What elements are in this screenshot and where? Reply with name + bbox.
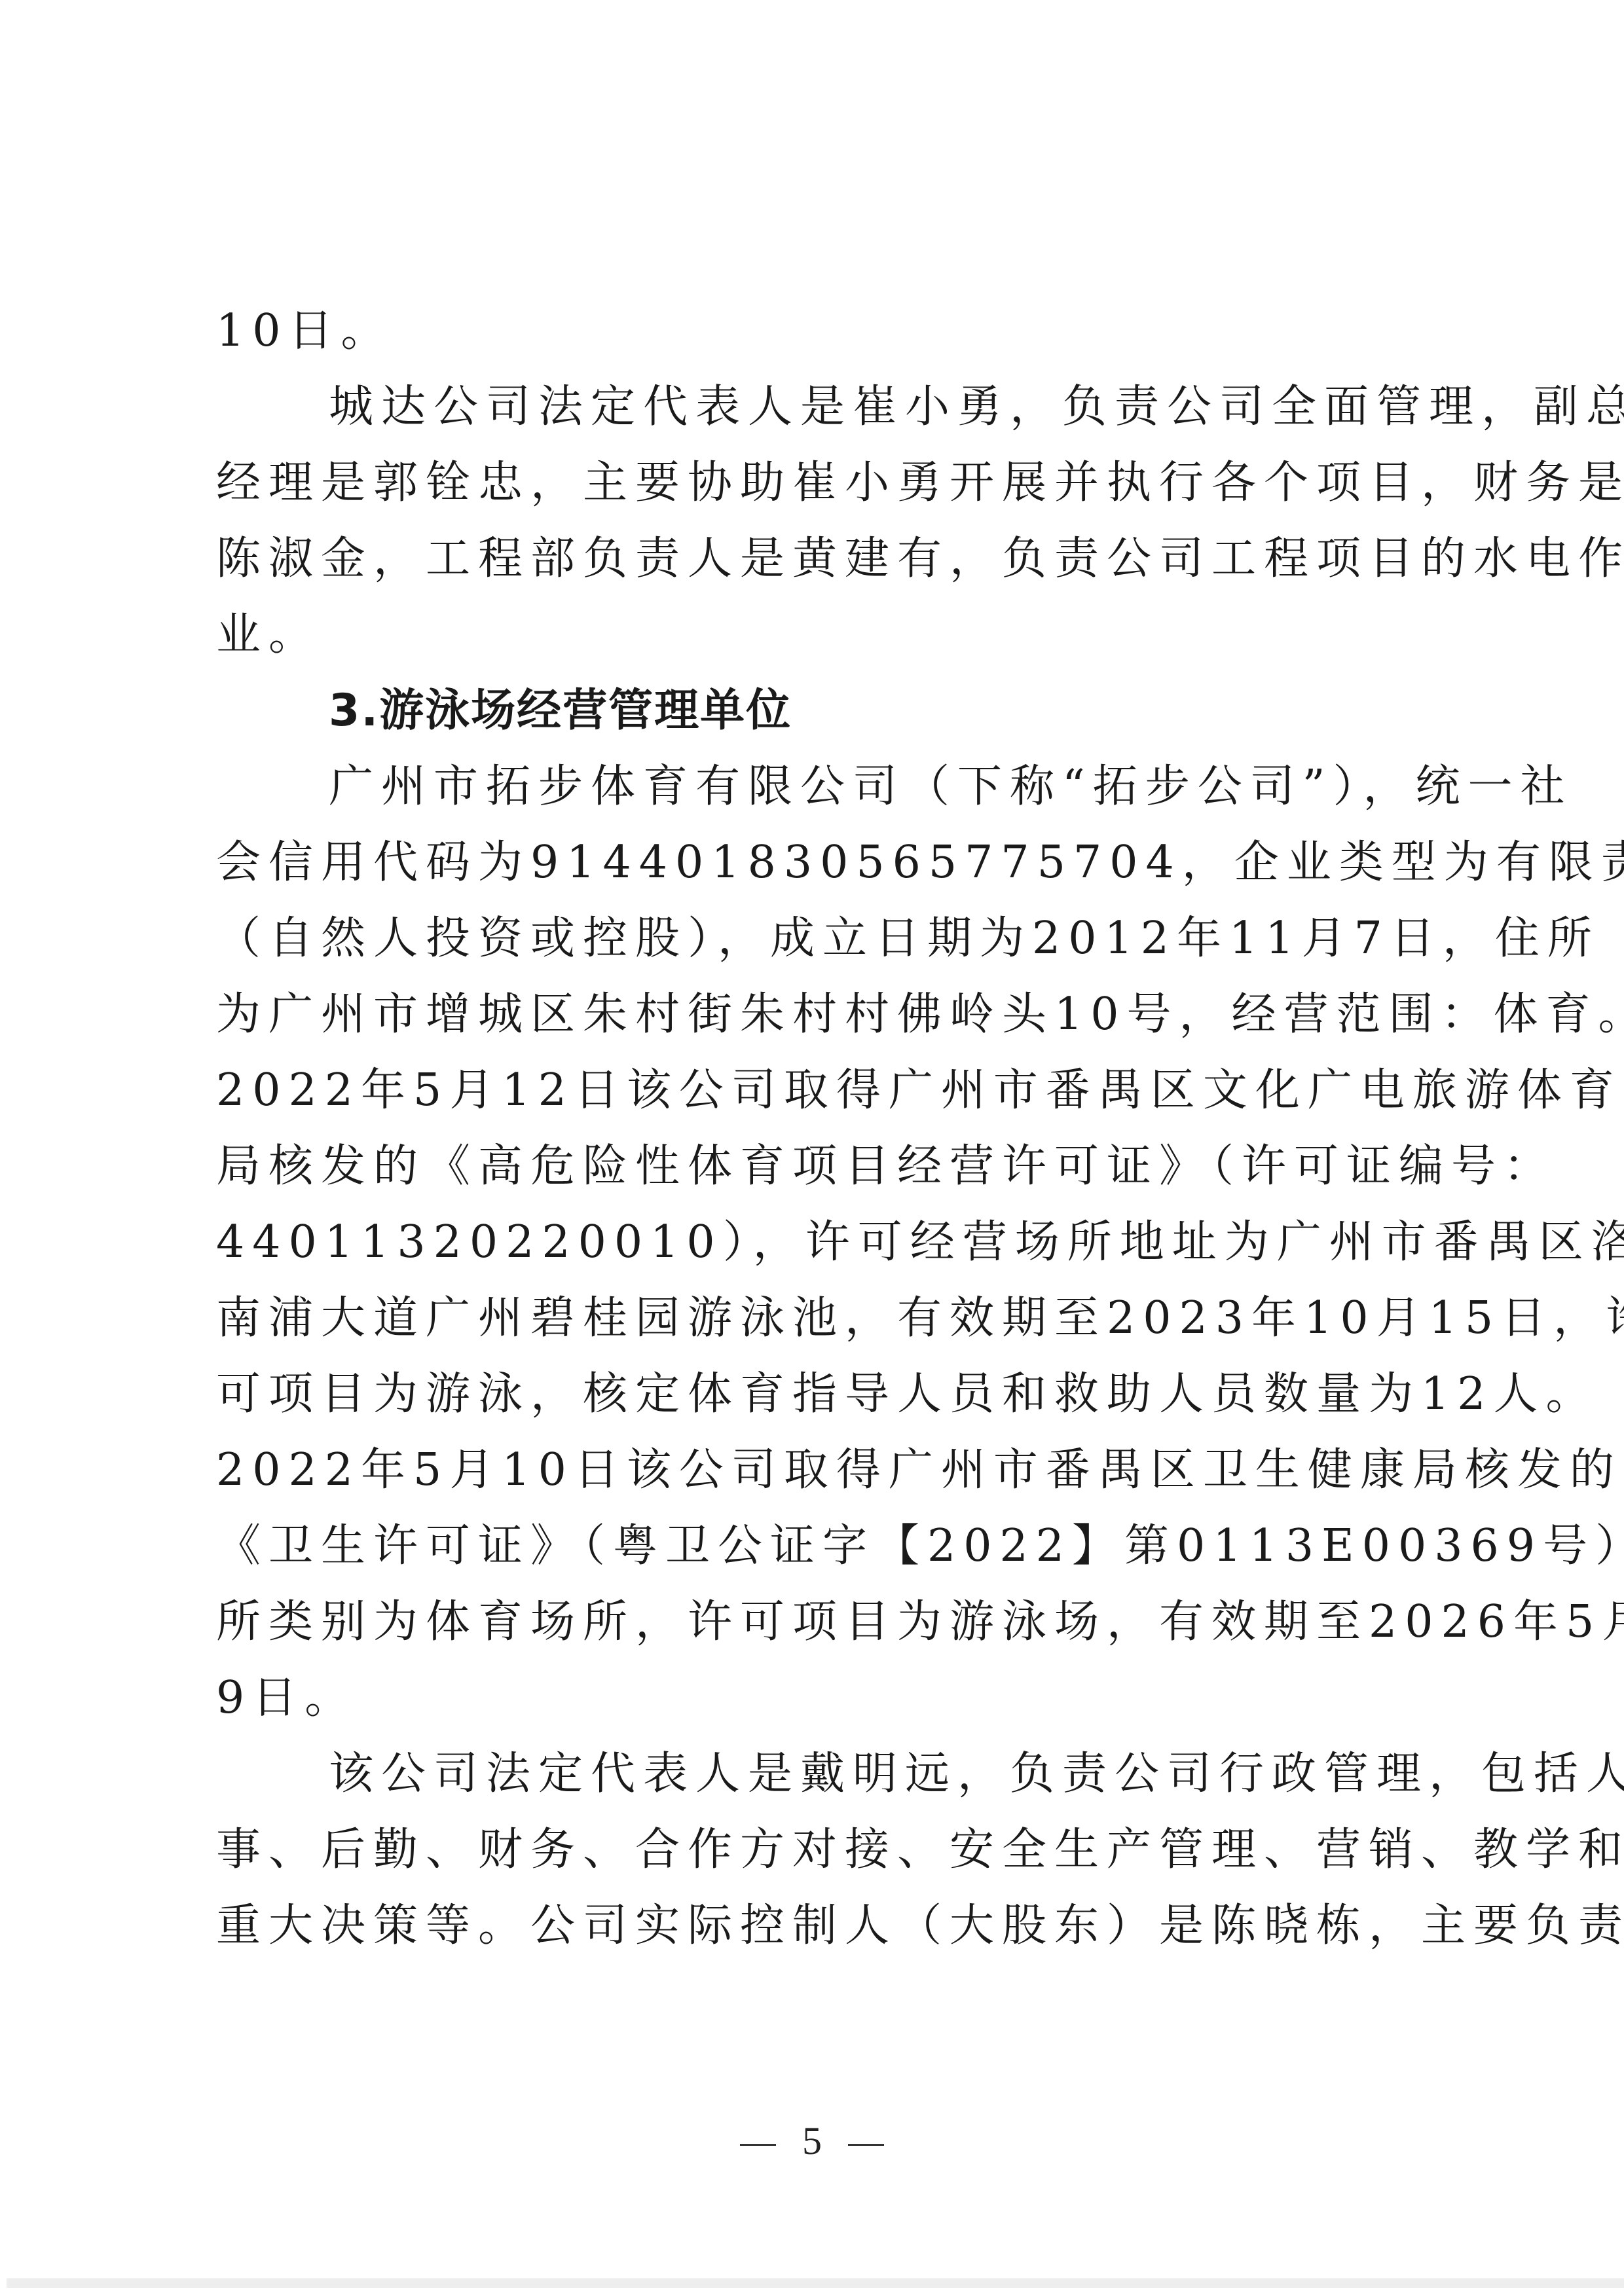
section-heading: 3.游泳场经营管理单位 (216, 673, 1398, 749)
paragraph-tuobu-staff: 该公司法定代表人是戴明远，负责公司行政管理，包括人 (216, 1736, 1398, 1812)
dash-right (848, 2144, 884, 2146)
text-line: 会信用代码为914401830565775704，企业类型为有限责任公司 (216, 825, 1398, 901)
text-line: 所类别为体育场所，许可项目为游泳场，有效期至2026年5月 (216, 1584, 1398, 1660)
text-line: 重大决策等。公司实际控制人（大股东）是陈晓栋，主要负责 (216, 1888, 1398, 1964)
text-line: 9日。 (216, 1660, 1398, 1736)
text-line: 陈淑金，工程部负责人是黄建有，负责公司工程项目的水电作 (216, 521, 1398, 597)
text-line: 44011320220010），许可经营场所地址为广州市番禺区洛浦街 (216, 1205, 1398, 1281)
dash-left (740, 2144, 776, 2146)
text-line: 2022年5月12日该公司取得广州市番禺区文化广电旅游体育 (216, 1053, 1398, 1129)
page-number: 5 (802, 2119, 822, 2162)
text-line: 《卫生许可证》（粤卫公证字【2022】第0113E00369号），场 (216, 1508, 1398, 1584)
text-line: 为广州市增城区朱村街朱村村佛岭头10号，经营范围：体育。 (216, 977, 1398, 1053)
text-line: （自然人投资或控股），成立日期为2012年11月7日，住所 (216, 901, 1398, 977)
text-line: 10日。 (216, 293, 1398, 369)
scan-edge-strip (7, 2278, 1624, 2288)
document-page: 10日。 城达公司法定代表人是崔小勇，负责公司全面管理，副总 经理是郭铨忠，主要… (0, 0, 1624, 2296)
text-line: 南浦大道广州碧桂园游泳池，有效期至2023年10月15日，许 (216, 1281, 1398, 1357)
text-line: 经理是郭铨忠，主要协助崔小勇开展并执行各个项目，财务是 (216, 445, 1398, 521)
text-line: 2022年5月10日该公司取得广州市番禺区卫生健康局核发的 (216, 1432, 1398, 1508)
text-line: 事、后勤、财务、合作方对接、安全生产管理、营销、教学和 (216, 1812, 1398, 1888)
body-text: 10日。 城达公司法定代表人是崔小勇，负责公司全面管理，副总 经理是郭铨忠，主要… (216, 293, 1398, 1964)
page-footer: 5 (0, 2119, 1624, 2164)
text-line: 局核发的《高危险性体育项目经营许可证》（许可证编号： (216, 1129, 1398, 1205)
text-line: 业。 (216, 597, 1398, 673)
paragraph-tuobu-company: 广州市拓步体育有限公司（下称“拓步公司”），统一社 (216, 749, 1398, 825)
text-line: 可项目为游泳，核定体育指导人员和救助人员数量为12人。 (216, 1357, 1398, 1432)
paragraph-chengda-staff: 城达公司法定代表人是崔小勇，负责公司全面管理，副总 (216, 369, 1398, 445)
